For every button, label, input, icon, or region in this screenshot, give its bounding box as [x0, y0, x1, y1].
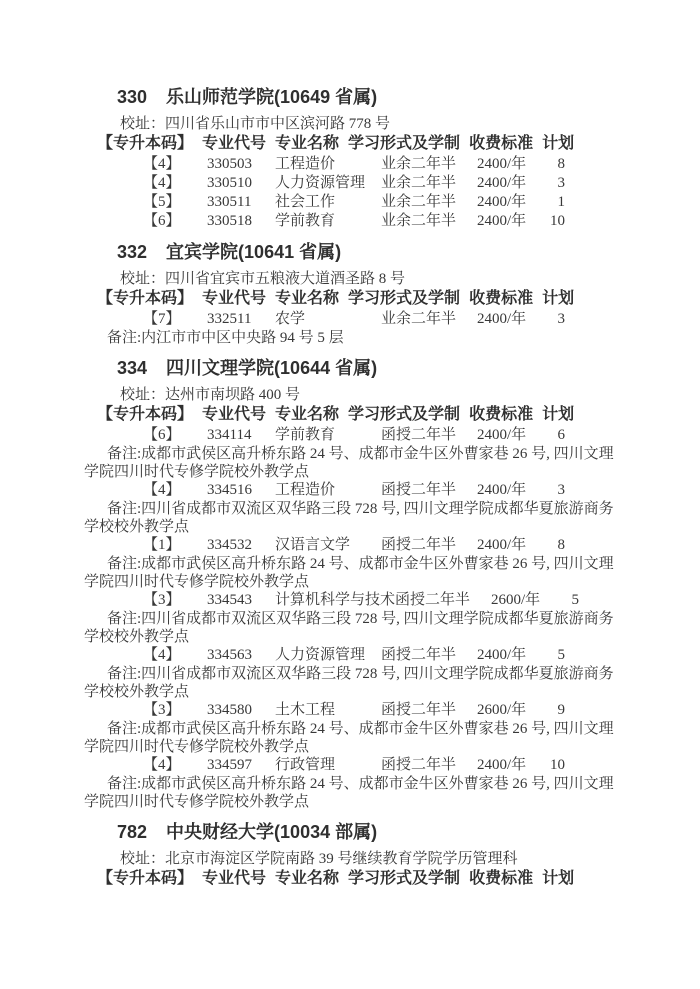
program-row: 【7】332511农学业余二年半2400/年3	[84, 310, 622, 329]
school-name: 乐山师范学院	[166, 87, 274, 107]
program-row: 【3】334580土木工程函授二年半2600/年9	[84, 701, 622, 720]
fee-standard: 2400/年	[477, 174, 545, 193]
columns-header: 【专升本码】专业代号专业名称学习形式及学制收费标准计划	[84, 134, 622, 153]
school-name: 中央财经大学	[166, 822, 274, 842]
school-affiliation: (10644 省属)	[274, 358, 377, 378]
plan-count: 3	[545, 174, 565, 193]
col-major-name: 专业名称	[275, 290, 339, 307]
school-address-line: 校址：四川省宜宾市五粮液大道酒圣路 8 号	[84, 270, 622, 289]
batch-code: 【7】	[143, 310, 207, 329]
fee-standard: 2600/年	[491, 591, 559, 610]
school-section-782: 782中央财经大学(10034 部属) 校址：北京市海淀区学院南路 39 号继续…	[84, 821, 622, 888]
study-form: 业余二年半	[381, 212, 477, 231]
col-major-name: 专业名称	[275, 870, 339, 887]
program-note: 备注:成都市武侯区高升桥东路 24 号、成都市金牛区外曹家巷 26 号, 四川文…	[84, 775, 622, 811]
document-content: 330乐山师范学院(10649 省属) 校址：四川省乐山市市中区滨河路 778 …	[0, 0, 700, 888]
batch-code: 【4】	[143, 155, 207, 174]
col-fee: 收费标准	[469, 870, 533, 887]
school-section-332: 332宜宾学院(10641 省属) 校址：四川省宜宾市五粮液大道酒圣路 8 号 …	[84, 241, 622, 347]
plan-count: 8	[545, 536, 565, 555]
school-address-line: 校址：北京市海淀区学院南路 39 号继续教育学院学历管理科	[84, 850, 622, 869]
address-value: 四川省乐山市市中区滨河路 778 号	[165, 116, 390, 132]
col-study-form: 学习形式及学制	[348, 135, 460, 152]
major-code: 334532	[207, 536, 275, 555]
fee-standard: 2600/年	[477, 701, 545, 720]
school-name: 宜宾学院	[166, 242, 238, 262]
study-form: 业余二年半	[381, 193, 477, 212]
batch-code: 【4】	[143, 174, 207, 193]
study-form: 函授二年半	[381, 701, 477, 720]
program-row: 【6】330518学前教育业余二年半2400/年10	[84, 212, 622, 231]
major-name: 学前教育	[275, 426, 381, 445]
major-name: 学前教育	[275, 212, 381, 231]
plan-count: 3	[545, 310, 565, 329]
program-row: 【5】330511社会工作业余二年半2400/年1	[84, 193, 622, 212]
program-note: 备注:成都市武侯区高升桥东路 24 号、成都市金牛区外曹家巷 26 号, 四川文…	[84, 555, 622, 591]
fee-standard: 2400/年	[477, 646, 545, 665]
plan-count: 5	[559, 591, 579, 610]
school-heading: 334四川文理学院(10644 省属)	[117, 357, 622, 379]
col-major-code: 专业代号	[202, 870, 266, 887]
col-study-form: 学习形式及学制	[348, 290, 460, 307]
program-row: 【4】334516工程造价函授二年半2400/年3	[84, 481, 622, 500]
school-number: 332	[117, 242, 147, 262]
plan-count: 1	[545, 193, 565, 212]
program-note: 备注:四川省成都市双流区双华路三段 728 号, 四川文理学院成都华夏旅游商务学…	[84, 500, 622, 536]
major-name: 土木工程	[275, 701, 381, 720]
school-affiliation: (10034 部属)	[274, 822, 377, 842]
batch-code: 【6】	[143, 426, 207, 445]
col-batch-code: 【专升本码】	[97, 406, 193, 423]
program-row: 【4】330510人力资源管理业余二年半2400/年3	[84, 174, 622, 193]
col-major-code: 专业代号	[202, 135, 266, 152]
study-form: 函授二年半	[381, 481, 477, 500]
major-name: 人力资源管理	[275, 646, 381, 665]
col-major-code: 专业代号	[202, 406, 266, 423]
school-affiliation: (10649 省属)	[274, 87, 377, 107]
fee-standard: 2400/年	[477, 310, 545, 329]
columns-header: 【专升本码】专业代号专业名称学习形式及学制收费标准计划	[84, 289, 622, 308]
major-code: 334114	[207, 426, 275, 445]
program-row: 【4】334597行政管理函授二年半2400/年10	[84, 756, 622, 775]
major-code: 334580	[207, 701, 275, 720]
program-row: 【4】330503工程造价业余二年半2400/年8	[84, 155, 622, 174]
major-name: 计算机科学与技术	[275, 591, 395, 610]
school-number: 782	[117, 822, 147, 842]
major-code: 334516	[207, 481, 275, 500]
batch-code: 【3】	[143, 701, 207, 720]
col-fee: 收费标准	[469, 290, 533, 307]
program-note: 备注:四川省成都市双流区双华路三段 728 号, 四川文理学院成都华夏旅游商务学…	[84, 665, 622, 701]
address-value: 北京市海淀区学院南路 39 号继续教育学院学历管理科	[165, 851, 518, 867]
major-code: 330518	[207, 212, 275, 231]
study-form: 函授二年半	[381, 646, 477, 665]
address-label: 校址：	[120, 387, 165, 403]
major-code: 330511	[207, 193, 275, 212]
address-value: 四川省宜宾市五粮液大道酒圣路 8 号	[165, 271, 405, 287]
plan-count: 10	[545, 212, 565, 231]
col-major-name: 专业名称	[275, 406, 339, 423]
program-row: 【1】334532汉语言文学函授二年半2400/年8	[84, 536, 622, 555]
program-note: 备注:成都市武侯区高升桥东路 24 号、成都市金牛区外曹家巷 26 号, 四川文…	[84, 445, 622, 481]
fee-standard: 2400/年	[477, 426, 545, 445]
batch-code: 【4】	[143, 756, 207, 775]
address-label: 校址：	[120, 116, 165, 132]
col-plan: 计划	[542, 290, 574, 307]
school-name: 四川文理学院	[166, 358, 274, 378]
study-form: 函授二年半	[381, 536, 477, 555]
batch-code: 【1】	[143, 536, 207, 555]
plan-count: 8	[545, 155, 565, 174]
study-form: 业余二年半	[381, 174, 477, 193]
fee-standard: 2400/年	[477, 193, 545, 212]
col-fee: 收费标准	[469, 135, 533, 152]
fee-standard: 2400/年	[477, 155, 545, 174]
major-code: 334597	[207, 756, 275, 775]
major-code: 334563	[207, 646, 275, 665]
school-heading: 782中央财经大学(10034 部属)	[117, 821, 622, 843]
col-plan: 计划	[542, 135, 574, 152]
address-label: 校址：	[120, 271, 165, 287]
program-note: 备注:内江市市中区中央路 94 号 5 层	[84, 329, 622, 347]
major-name: 社会工作	[275, 193, 381, 212]
col-batch-code: 【专升本码】	[97, 290, 193, 307]
col-fee: 收费标准	[469, 406, 533, 423]
school-number: 330	[117, 87, 147, 107]
major-code: 332511	[207, 310, 275, 329]
plan-count: 6	[545, 426, 565, 445]
study-form: 业余二年半	[381, 155, 477, 174]
major-name: 汉语言文学	[275, 536, 381, 555]
columns-header: 【专升本码】专业代号专业名称学习形式及学制收费标准计划	[84, 869, 622, 888]
plan-count: 9	[545, 701, 565, 720]
study-form: 函授二年半	[381, 426, 477, 445]
col-batch-code: 【专升本码】	[97, 870, 193, 887]
fee-standard: 2400/年	[477, 212, 545, 231]
school-number: 334	[117, 358, 147, 378]
major-name: 工程造价	[275, 481, 381, 500]
school-heading: 330乐山师范学院(10649 省属)	[117, 86, 622, 108]
major-name: 行政管理	[275, 756, 381, 775]
batch-code: 【5】	[143, 193, 207, 212]
plan-count: 5	[545, 646, 565, 665]
study-form: 函授二年半	[395, 591, 491, 610]
col-major-name: 专业名称	[275, 135, 339, 152]
plan-count: 10	[545, 756, 565, 775]
col-batch-code: 【专升本码】	[97, 135, 193, 152]
major-name: 农学	[275, 310, 381, 329]
program-note: 备注:四川省成都市双流区双华路三段 728 号, 四川文理学院成都华夏旅游商务学…	[84, 610, 622, 646]
school-affiliation: (10641 省属)	[238, 242, 341, 262]
fee-standard: 2400/年	[477, 756, 545, 775]
major-code: 330510	[207, 174, 275, 193]
school-section-334: 334四川文理学院(10644 省属) 校址：达州市南坝路 400 号 【专升本…	[84, 357, 622, 811]
study-form: 函授二年半	[381, 756, 477, 775]
plan-count: 3	[545, 481, 565, 500]
school-address-line: 校址：四川省乐山市市中区滨河路 778 号	[84, 115, 622, 134]
program-row: 【6】334114学前教育函授二年半2400/年6	[84, 426, 622, 445]
major-code: 330503	[207, 155, 275, 174]
address-label: 校址：	[120, 851, 165, 867]
fee-standard: 2400/年	[477, 481, 545, 500]
major-code: 334543	[207, 591, 275, 610]
address-value: 达州市南坝路 400 号	[165, 387, 300, 403]
col-major-code: 专业代号	[202, 290, 266, 307]
batch-code: 【3】	[143, 591, 207, 610]
batch-code: 【4】	[143, 646, 207, 665]
study-form: 业余二年半	[381, 310, 477, 329]
fee-standard: 2400/年	[477, 536, 545, 555]
school-section-330: 330乐山师范学院(10649 省属) 校址：四川省乐山市市中区滨河路 778 …	[84, 86, 622, 231]
program-row: 【3】334543计算机科学与技术函授二年半2600/年5	[84, 591, 622, 610]
program-row: 【4】334563人力资源管理函授二年半2400/年5	[84, 646, 622, 665]
school-heading: 332宜宾学院(10641 省属)	[117, 241, 622, 263]
major-name: 工程造价	[275, 155, 381, 174]
program-note: 备注:成都市武侯区高升桥东路 24 号、成都市金牛区外曹家巷 26 号, 四川文…	[84, 720, 622, 756]
col-plan: 计划	[542, 870, 574, 887]
batch-code: 【4】	[143, 481, 207, 500]
batch-code: 【6】	[143, 212, 207, 231]
school-address-line: 校址：达州市南坝路 400 号	[84, 386, 622, 405]
columns-header: 【专升本码】专业代号专业名称学习形式及学制收费标准计划	[84, 405, 622, 424]
col-study-form: 学习形式及学制	[348, 870, 460, 887]
col-plan: 计划	[542, 406, 574, 423]
col-study-form: 学习形式及学制	[348, 406, 460, 423]
document-page: 330乐山师范学院(10649 省属) 校址：四川省乐山市市中区滨河路 778 …	[0, 0, 700, 989]
major-name: 人力资源管理	[275, 174, 381, 193]
